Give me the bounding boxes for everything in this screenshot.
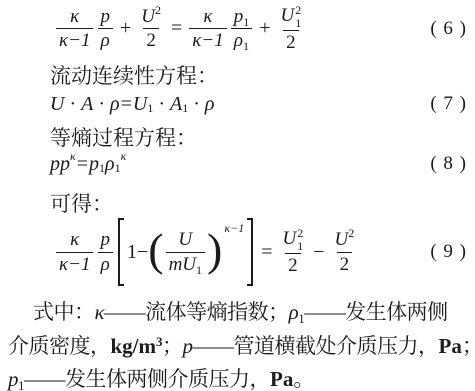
kappa-fraction: κ κ−1 [56, 228, 93, 276]
superscript: 2 [155, 3, 161, 17]
symbol-p1: p [89, 153, 99, 176]
notes-line-2: 介质密度，kg/m3；p——管道横截处介质压力，Pa； [8, 331, 473, 365]
superscript-kappa: κ [70, 149, 76, 164]
velocity-ratio-fraction: U mU1 [166, 228, 205, 276]
left-paren: ( [148, 227, 163, 273]
bracket-contents: 1− ( U mU1 ) κ−1 [127, 228, 244, 276]
numerator: U2 [138, 5, 164, 28]
denominator: 2 [283, 30, 299, 54]
plus-operator: + [259, 17, 270, 40]
p1-description: 发生体两侧介质压力， [65, 367, 270, 391]
numerator: p [97, 228, 113, 251]
subscript: 1 [243, 15, 249, 29]
unit-pa: Pa [270, 367, 293, 391]
period: 。 [293, 367, 314, 391]
symbol-p: p [50, 153, 60, 176]
minus-operator: − [313, 241, 324, 264]
numerator: U2 [332, 228, 358, 251]
denominator: 2 [285, 253, 301, 277]
symbol-kappa: κ [95, 300, 105, 324]
symbol-p: p [183, 334, 193, 358]
numerator: κ [67, 5, 82, 28]
numerator: κ [67, 228, 82, 251]
symbol-definitions-paragraph: 式中：κ——流体等熵指数；ρ1——发生体两侧 介质密度，kg/m3；p——管道横… [8, 297, 473, 391]
right-square-bracket [247, 218, 253, 286]
velocity1-squared-fraction: U21 2 [277, 3, 304, 54]
equals-operator: = [121, 93, 132, 116]
symbol-rho1: ρ [289, 300, 299, 324]
equals-operator: = [77, 153, 88, 176]
semicolon: ； [162, 334, 183, 358]
denominator: mU1 [166, 252, 205, 276]
equation-number-9: ( 9 ) [430, 241, 467, 263]
unit-kg-per-m3: kg/m [111, 334, 157, 358]
p-description: 管道横截处介质压力， [234, 334, 439, 358]
subscript: 1 [182, 101, 188, 116]
lead-text: 式中： [33, 300, 95, 324]
rho1-description-cont: 介质密度， [8, 334, 111, 358]
symbol-rho: ρ [205, 93, 215, 116]
numerator: p1 [231, 5, 253, 28]
velocity-squared-fraction: U2 2 [138, 5, 164, 53]
dot-operator: · [69, 93, 76, 116]
unit-pa: Pa [439, 334, 462, 358]
equation-9: κ κ−1 p ρ 1− ( U mU1 ) κ−1 [54, 215, 359, 289]
equation-number-6: ( 6 ) [430, 18, 467, 40]
symbol-A: A [81, 93, 93, 116]
numerator: κ [200, 5, 215, 28]
symbol-p1: p [8, 367, 18, 391]
superscript-kappa: κ [121, 149, 127, 164]
denominator: 2 [337, 252, 353, 276]
subscript: 1 [196, 263, 202, 277]
subscript: 1 [99, 161, 105, 176]
subscript: 1 [298, 311, 304, 326]
superscript: 2 [295, 4, 301, 17]
symbol-rho: ρ [234, 30, 243, 51]
kappa-fraction: κ κ−1 [189, 5, 226, 53]
denominator: ρ1 [231, 28, 252, 52]
equals-operator: = [171, 17, 182, 40]
symbol-U: U [50, 93, 64, 116]
symbol-p: p [234, 6, 244, 27]
symbol-U: U [335, 229, 349, 250]
dot-operator: · [158, 93, 165, 116]
exponent-kappa-minus-1: κ−1 [224, 221, 244, 236]
sup-sub-stack: 21 [295, 4, 301, 29]
em-dash: —— [24, 367, 65, 391]
velocity1-squared-fraction: U21 2 [279, 226, 306, 277]
denominator: κ−1 [189, 28, 226, 52]
symbol-A1: A [170, 93, 182, 116]
symbol-U1: U [133, 93, 147, 116]
pressure-density-fraction: p ρ [97, 5, 113, 53]
plus-operator: + [120, 17, 131, 40]
equation-row-6: κ κ−1 p ρ + U2 2 = κ κ−1 p1 ρ1 + [0, 2, 475, 56]
notes-line-1: 式中：κ——流体等熵指数；ρ1——发生体两侧 [8, 297, 473, 331]
denominator: κ−1 [56, 252, 93, 276]
notes-line-3: p1——发生体两侧介质压力，Pa。 [8, 364, 473, 391]
numerator: U [175, 228, 195, 251]
equation-row-8: p p κ = p 1 ρ 1 κ ( 8 ) [0, 146, 475, 182]
subscript: 1 [18, 378, 24, 391]
subscript: 1 [147, 101, 153, 116]
equals-operator: = [261, 241, 272, 264]
dot-operator: · [193, 93, 200, 116]
equation-row-9: κ κ−1 p ρ 1− ( U mU1 ) κ−1 [0, 212, 475, 292]
one-minus-term: 1− [127, 241, 148, 264]
symbol-rho1: ρ [105, 153, 115, 176]
equation-number-7: ( 7 ) [430, 93, 467, 115]
superscript: 2 [348, 226, 354, 240]
pressure1-density1-fraction: p1 ρ1 [231, 5, 253, 53]
subscript: 1 [297, 240, 303, 253]
pressure-density-fraction: p ρ [97, 228, 113, 276]
equation-8: p p κ = p 1 ρ 1 κ [50, 153, 126, 176]
symbol-p: p [60, 153, 70, 176]
paper-excerpt: κ κ−1 p ρ + U2 2 = κ κ−1 p1 ρ1 + [0, 0, 475, 391]
denominator: ρ [98, 28, 113, 52]
symbol-mU: mU [169, 254, 196, 275]
equation-number-8: ( 8 ) [430, 153, 467, 175]
denominator: 2 [143, 28, 159, 52]
symbol-U: U [141, 6, 155, 27]
semicolon: ； [462, 334, 475, 358]
bracketed-expression: 1− ( U mU1 ) κ−1 [118, 215, 253, 289]
denominator: κ−1 [56, 28, 93, 52]
right-paren: ) [207, 227, 222, 273]
symbol-U: U [282, 228, 296, 249]
subscript: 1 [243, 39, 249, 53]
subscript: 1 [295, 17, 301, 30]
equation-6: κ κ−1 p ρ + U2 2 = κ κ−1 p1 ρ1 + [54, 3, 306, 54]
superscript: 3 [156, 334, 162, 349]
symbol-rho: ρ [110, 93, 120, 116]
superscript: 2 [297, 227, 303, 240]
kappa-description: 流体等熵指数； [145, 300, 289, 324]
sup-sub-stack: 21 [297, 227, 303, 252]
denominator: ρ [98, 252, 113, 276]
velocity-squared-fraction: U2 2 [332, 228, 358, 276]
left-square-bracket [118, 218, 124, 286]
rho1-description-start: 发生体两侧 [345, 300, 448, 324]
symbol-U: U [280, 5, 294, 26]
em-dash: —— [193, 334, 234, 358]
dot-operator: · [98, 93, 105, 116]
continuity-equation-label: 流动连续性方程： [50, 60, 218, 90]
kappa-fraction: κ κ−1 [56, 5, 93, 53]
numerator: p [97, 5, 113, 28]
em-dash: —— [304, 300, 345, 324]
numerator: U21 [277, 3, 304, 30]
numerator: U21 [279, 226, 306, 253]
equation-7: U · A · ρ = U1 · A1 · ρ [50, 93, 215, 116]
equation-row-7: U · A · ρ = U1 · A1 · ρ ( 7 ) [0, 88, 475, 120]
em-dash: —— [104, 300, 145, 324]
